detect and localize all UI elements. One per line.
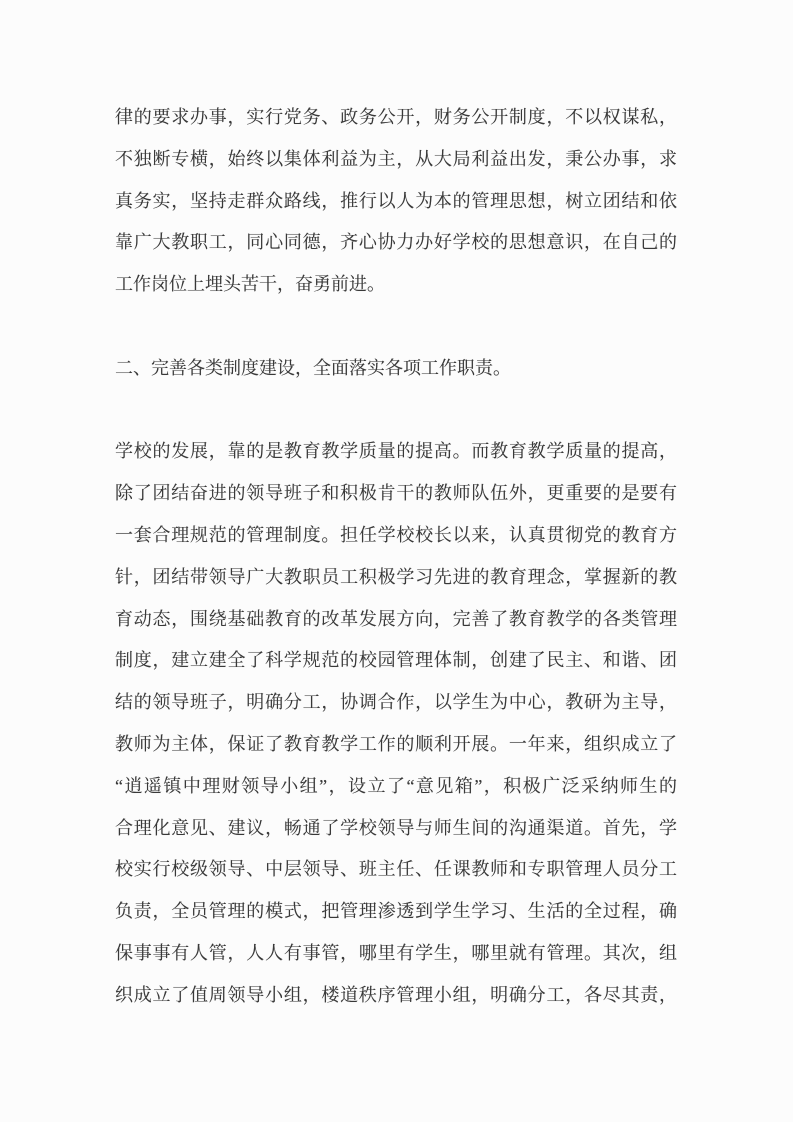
text-line: 二、完善各类制度建设，全面落实各项工作职责。: [115, 348, 677, 390]
paragraph-continuation: 律的要求办事，实行党务、政务公开，财务公开制度，不以权谋私，不独断专横，始终以集…: [115, 97, 677, 306]
paragraph-body: 学校的发展，靠的是教育教学质量的提高。而教育教学质量的提高，除了团结奋进的领导班…: [115, 431, 677, 1016]
text-line: 教师为主体，保证了教育教学工作的顺利开展。一年来，组织成立了: [115, 724, 677, 766]
text-line: 真务实，坚持走群众路线，推行以人为本的管理思想，树立团结和依: [115, 181, 677, 223]
text-block: 律的要求办事，实行党务、政务公开，财务公开制度，不以权谋私，不独断专横，始终以集…: [115, 97, 677, 1017]
text-line: 结的领导班子，明确分工，协调合作，以学生为中心，教研为主导，: [115, 682, 677, 724]
text-line: 负责，全员管理的模式，把管理渗透到学生学习、生活的全过程，确: [115, 891, 677, 933]
text-line: “逍遥镇中理财领导小组”，设立了“意见箱”，积极广泛采纳师生的: [115, 766, 677, 808]
text-line: 织成立了值周领导小组，楼道秩序管理小组，明确分工，各尽其责，: [115, 975, 677, 1017]
document-page: 律的要求办事，实行党务、政务公开，财务公开制度，不以权谋私，不独断专横，始终以集…: [0, 0, 793, 1122]
text-line: 律的要求办事，实行党务、政务公开，财务公开制度，不以权谋私，: [115, 97, 677, 139]
text-line: 靠广大教职工，同心同德，齐心协力办好学校的思想意识，在自己的: [115, 222, 677, 264]
text-line: 校实行校级领导、中层领导、班主任、任课教师和专职管理人员分工: [115, 849, 677, 891]
text-line: 工作岗位上埋头苦干，奋勇前进。: [115, 264, 677, 306]
text-line: 合理化意见、建议，畅通了学校领导与师生间的沟通渠道。首先，学: [115, 808, 677, 850]
text-line: 保事事有人管，人人有事管，哪里有学生，哪里就有管理。其次，组: [115, 933, 677, 975]
text-line: 除了团结奋进的领导班子和积极肯干的教师队伍外，更重要的是要有: [115, 473, 677, 515]
section-heading: 二、完善各类制度建设，全面落实各项工作职责。: [115, 348, 677, 390]
text-line: 针，团结带领导广大教职员工积极学习先进的教育理念，掌握新的教: [115, 557, 677, 599]
text-line: 学校的发展，靠的是教育教学质量的提高。而教育教学质量的提高，: [115, 431, 677, 473]
text-line: 制度，建立建全了科学规范的校园管理体制，创建了民主、和谐、团: [115, 640, 677, 682]
text-line: 一套合理规范的管理制度。担任学校校长以来，认真贯彻党的教育方: [115, 515, 677, 557]
text-line: 育动态，围绕基础教育的改革发展方向，完善了教育教学的各类管理: [115, 599, 677, 641]
text-line: 不独断专横，始终以集体利益为主，从大局利益出发，秉公办事，求: [115, 139, 677, 181]
